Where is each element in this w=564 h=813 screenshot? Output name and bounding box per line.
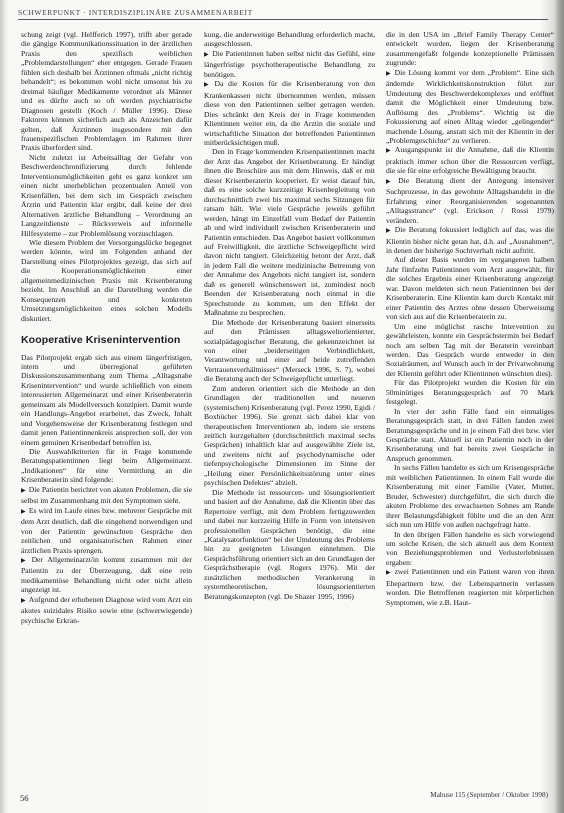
body-paragraph: Nicht zuletzt ist Arbeitsalltag der Gefa…	[21, 153, 192, 238]
bullet-text: Der Allgemeinarzt/in kommt zusammen mit …	[21, 555, 192, 594]
bullet-paragraph: ▶Die Patientin berichtet von akuten Prob…	[21, 485, 192, 506]
footer-citation: Mabuse 115 (September / Oktober 1998)	[430, 791, 548, 799]
bullet-triangle-icon: ▶	[21, 488, 26, 494]
body-paragraph: Das Pilotprojekt ergab sich aus einem lä…	[21, 353, 192, 448]
bullet-triangle-icon: ▶	[386, 228, 392, 234]
body-paragraph: Auf dieser Basis wurden im vergangenen h…	[386, 255, 554, 321]
running-head: Schwerpunkt · Interdisziplinäre Zusammen…	[18, 8, 548, 17]
body-paragraph: Für das Pilotprojekt wurden die Kosten f…	[386, 378, 554, 406]
bullet-paragraph: ▶Die Patientinnen haben selbst nicht das…	[204, 49, 375, 79]
bullet-triangle-icon: ▶	[386, 71, 392, 77]
body-paragraph: die in den USA im „Brief Family Therapy …	[386, 30, 554, 68]
body-paragraph: In den übrigen Fällen handelte es sich v…	[386, 530, 554, 568]
section-heading: Kooperative Krisenintervention	[21, 336, 192, 345]
column-1: schung zeigt (vgl. Helfferich 1997), tri…	[21, 30, 192, 625]
body-paragraph: Die Methode ist ressourcen- und lösungso…	[204, 488, 375, 601]
body-paragraph: Zum anderen orientiert sich die Methode …	[204, 384, 375, 488]
bullet-triangle-icon: ▶	[386, 148, 392, 154]
body-paragraph: kung, die anderweitige Behandlung erford…	[204, 30, 375, 49]
bullet-paragraph: ▶Ausgangspunkt ist die Annahme, daß die …	[386, 145, 554, 175]
header-rule	[18, 19, 548, 20]
bullet-text: Da die Kosten für die Krisenberatung von…	[204, 79, 375, 147]
bullet-paragraph: ▶Aufgrund der erhobenen Diagnose wird vo…	[21, 595, 192, 625]
bullet-paragraph: ▶Die Beratung dient der Anregung intensi…	[386, 176, 554, 225]
body-paragraph: Die Methode der Krisenberatung basiert e…	[204, 318, 375, 384]
bullet-paragraph: ▶Es wird im Laufe eines bzw. mehrerer Ge…	[21, 506, 192, 555]
bullet-paragraph: ▶Der Allgemeinarzt/in kommt zusammen mit…	[21, 555, 192, 595]
page-number: 56	[20, 793, 29, 803]
body-paragraph: In vier der zehn Fälle fand ein einmalig…	[386, 407, 554, 464]
bullet-text: zwei Patientinnen und ein Patient waren …	[386, 567, 554, 606]
bullet-triangle-icon: ▶	[386, 570, 392, 576]
bullet-text: Die Beratung fokussiert lediglich auf da…	[386, 225, 554, 255]
bullet-paragraph: ▶Die Beratung fokussiert lediglich auf d…	[386, 225, 554, 255]
body-paragraph: Die Auswahlkriterien für in Frage kommen…	[21, 447, 192, 485]
body-paragraph: schung zeigt (vgl. Helfferich 1997), tri…	[21, 30, 192, 153]
page-gutter-shadow	[0, 0, 6, 813]
bullet-text: Die Patientinnen haben selbst nicht das …	[204, 49, 375, 79]
page-edge-shadow	[554, 0, 564, 813]
bullet-triangle-icon: ▶	[21, 598, 26, 604]
bullet-triangle-icon: ▶	[204, 52, 209, 58]
bullet-text: Aufgrund der erhobenen Diagnose wird vom…	[21, 595, 192, 625]
column-3: die in den USA im „Brief Family Therapy …	[386, 30, 554, 607]
bullet-triangle-icon: ▶	[21, 558, 29, 564]
body-paragraph: Den in Frage kommenden Krisenpatientinne…	[204, 147, 375, 317]
bullet-triangle-icon: ▶	[204, 82, 212, 88]
bullet-paragraph: ▶zwei Patientinnen und ein Patient waren…	[386, 567, 554, 607]
bullet-text: Die Beratung dient der Anregung intensiv…	[386, 176, 554, 225]
scanned-page: Schwerpunkt · Interdisziplinäre Zusammen…	[0, 0, 564, 813]
bullet-paragraph: ▶Die Lösung kommt vor dem „Problem“. Ein…	[386, 68, 554, 146]
bullet-triangle-icon: ▶	[21, 509, 26, 515]
bullet-triangle-icon: ▶	[386, 179, 395, 185]
bullet-text: Die Lösung kommt vor dem „Problem“. Eine…	[386, 68, 554, 145]
bullet-paragraph: ▶Da die Kosten für die Krisenberatung vo…	[204, 79, 375, 147]
bullet-text: Die Patientin berichtet von akuten Probl…	[21, 485, 192, 505]
bullet-text: Es wird im Laufe eines bzw. mehrerer Ges…	[21, 506, 192, 555]
running-head-text: Schwerpunkt · Interdisziplinäre Zusammen…	[18, 8, 253, 17]
body-paragraph: Um eine möglichst rasche Intervention zu…	[386, 322, 554, 379]
column-2: kung, die anderweitige Behandlung erford…	[204, 30, 375, 601]
body-paragraph: In sechs Fällen handelte es sich um Kris…	[386, 463, 554, 529]
body-paragraph: Wie diesem Problem der Versorgungslücke …	[21, 238, 192, 323]
bullet-text: Ausgangspunkt ist die Annahme, daß die K…	[386, 145, 554, 175]
